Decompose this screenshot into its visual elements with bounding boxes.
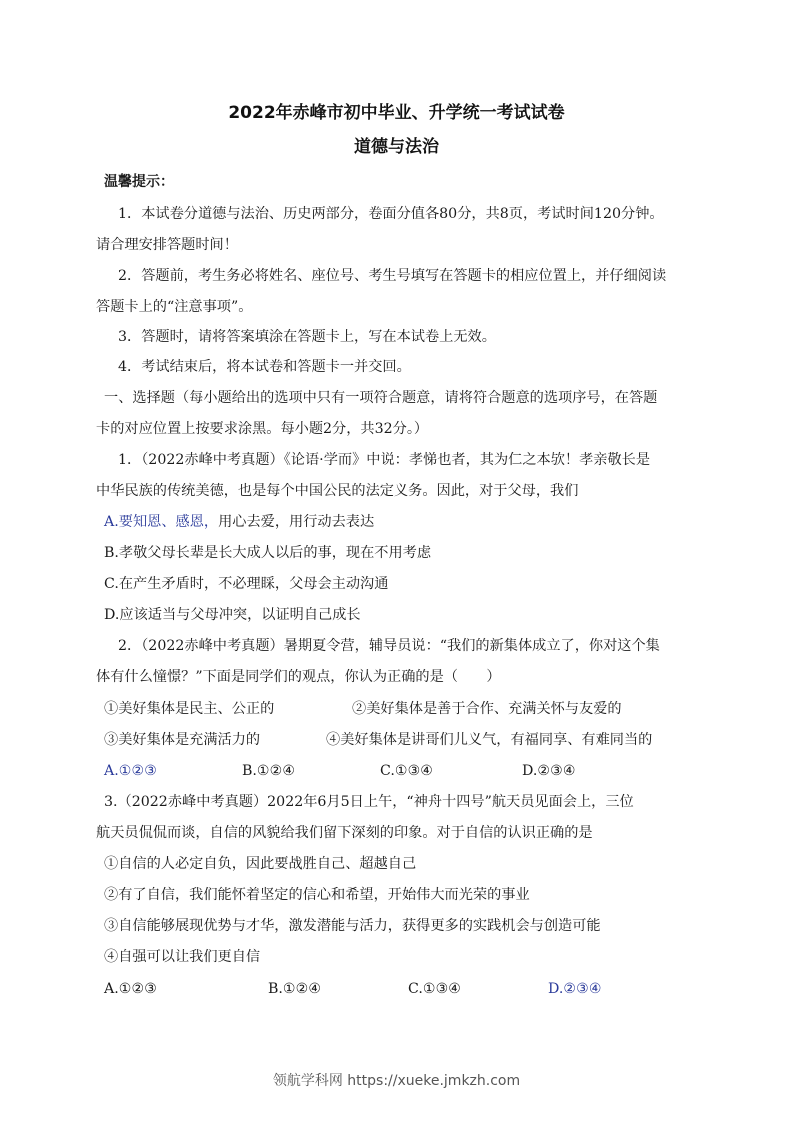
section-instructions-line2: 卡的对应位置上按要求涂黑。每小题2分，共32分。） [96,419,716,439]
q1-option-d: D.应该适当与父母冲突，以证明自己成长 [104,605,724,625]
q1-option-c: C.在产生矛盾时，不必理睬，父母会主动沟通 [104,574,724,594]
q3-stem-line1: 3.（2022赤峰中考真题）2022年6月5日上午，“神舟十四号”航天员见面会上… [104,792,724,812]
tip-1-line2: 请合理安排答题时间！ [96,235,716,255]
q2-stem-line1: 2．（2022赤峰中考真题）暑期夏令营，辅导员说：“我们的新集体成立了，你对这个… [118,636,738,656]
exam-page: 2022年赤峰市初中毕业、升学统一考试试卷 道德与法治 温馨提示： 1．本试卷分… [0,0,793,1122]
exam-title: 2022年赤峰市初中毕业、升学统一考试试卷 [0,98,793,123]
q3-stem-line2: 航天员侃侃而谈，自信的风貌给我们留下深刻的印象。对于自信的认识正确的是 [96,823,716,843]
tip-1-line1: 1．本试卷分道德与法治、历史两部分，卷面分值各80分，共8页，考试时间120分钟… [118,204,738,224]
q1-option-b: B.孝敬父母长辈是长大成人以后的事，现在不用考虑 [104,543,724,563]
q2-statement-3: ③美好集体是充满活力的 [104,730,260,750]
q2-choice-d: D.②③④ [522,761,576,781]
q1-option-a-highlight: A.要知恩、感恩， [104,514,218,530]
tip-2-line2: 答题卡上的“注意事项”。 [96,297,716,317]
tips-heading: 温馨提示： [104,172,724,192]
q3-statement-4: ④自强可以让我们更自信 [104,947,724,967]
q2-statement-1: ①美好集体是民主、公正的 [104,699,274,719]
q3-choice-c: C.①③④ [408,979,461,999]
footer-watermark: 领航学科网 https://xueke.jmkzh.com [0,1070,793,1090]
q2-stem-line2: 体有什么憧憬？”下面是同学们的观点，你认为正确的是（ ） [96,667,716,687]
q3-choice-a: A.①②③ [104,979,157,999]
q2-statement-4: ④美好集体是讲哥们儿义气，有福同享、有难同当的 [326,730,652,750]
q3-statement-1: ①自信的人必定自负，因此要战胜自己、超越自己 [104,854,724,874]
q2-choice-b: B.①②④ [242,761,295,781]
q2-choice-c: C.①③④ [380,761,433,781]
q3-choice-b: B.①②④ [268,979,321,999]
q1-option-a: A.要知恩、感恩，用心去爱，用行动去表达 [104,512,724,532]
q3-statement-3: ③自信能够展现优势与才华，激发潜能与活力，获得更多的实践机会与创造可能 [104,916,724,936]
q2-choice-a: A.①②③ [104,761,157,781]
tip-3: 3．答题时，请将答案填涂在答题卡上，写在本试卷上无效。 [118,327,738,347]
q1-option-a-rest: 用心去爱，用行动去表达 [218,514,374,530]
tip-2-line1: 2．答题前，考生务必将姓名、座位号、考生号填写在答题卡的相应位置上，并仔细阅读 [118,266,738,286]
q2-statement-2: ②美好集体是善于合作、充满关怀与友爱的 [352,699,622,719]
tip-4: 4．考试结束后，将本试卷和答题卡一并交回。 [118,357,738,377]
q3-statement-2: ②有了自信，我们能怀着坚定的信心和希望，开始伟大而光荣的事业 [104,885,724,905]
exam-subject: 道德与法治 [0,132,793,157]
q3-choice-d: D.②③④ [548,979,602,999]
q1-stem-line2: 中华民族的传统美德，也是每个中国公民的法定义务。因此，对于父母，我们 [96,481,716,501]
section-instructions-line1: 一、选择题（每小题给出的选项中只有一项符合题意，请将符合题意的选项序号，在答题 [104,388,724,408]
q1-stem-line1: 1．（2022赤峰中考真题）《论语·学而》中说：孝悌也者，其为仁之本欤！孝亲敬长… [118,450,738,470]
